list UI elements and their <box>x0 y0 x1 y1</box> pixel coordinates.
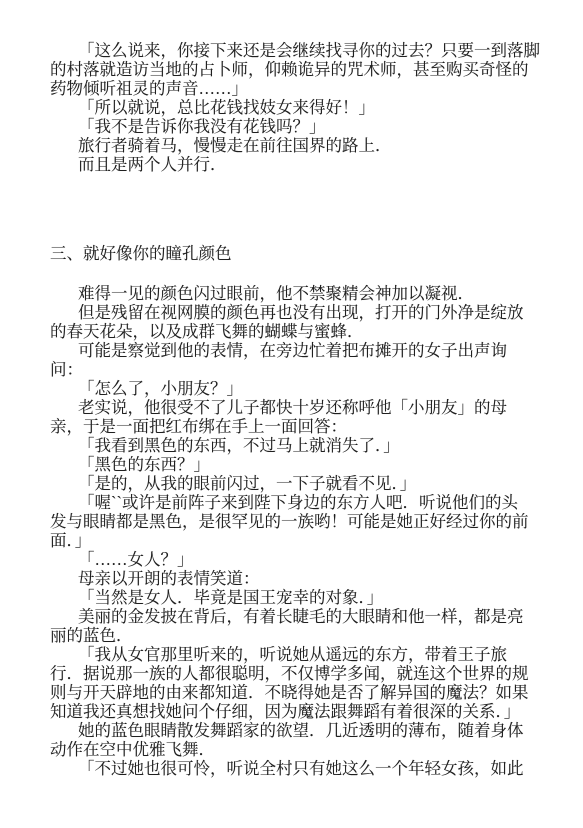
text-line: 但是残留在视网膜的颜色再也没有出现，打开的门外净是绽放 <box>50 303 533 322</box>
text-line: 的春天花朵，以及成群飞舞的蝴蝶与蜜蜂． <box>50 322 533 341</box>
text-line: 「我不是告诉你我没有花钱吗？」 <box>50 117 533 136</box>
text-line: 「我从女官那里听来的，听说她从遥远的东方，带着王子旅 <box>50 645 533 664</box>
text-line: 知道我还真想找她问个仔细，因为魔法跟舞蹈有着很深的关系．」 <box>50 702 533 721</box>
text-line: 「……女人？」 <box>50 550 533 569</box>
text-line: 丽的蓝色． <box>50 626 533 645</box>
text-line: 「黑色的东西？」 <box>50 455 533 474</box>
text-line: 「这么说来，你接下来还是会继续找寻你的过去？只要一到落脚 <box>50 41 533 60</box>
text-line: 面．」 <box>50 531 533 550</box>
text-line: 而且是两个人并行． <box>50 155 533 174</box>
text-line: 动作在空中优雅飞舞． <box>50 740 533 759</box>
text-line: 亲，于是一面把红布绑在手上一面回答： <box>50 417 533 436</box>
text-line: 旅行者骑着马，慢慢走在前往国界的路上． <box>50 136 533 155</box>
text-line: 「怎么了，小朋友？」 <box>50 379 533 398</box>
text-line: 「我看到黑色的东西，不过马上就消失了．」 <box>50 436 533 455</box>
book-page: 「这么说来，你接下来还是会继续找寻你的过去？只要一到落脚 的村落就造访当地的占卜… <box>0 0 583 828</box>
text-line: 「不过她也很可怜，听说全村只有她这么一个年轻女孩，如此 <box>50 759 533 778</box>
text-line: 行．据说那一族的人都很聪明，不仅博学多闻，就连这个世界的规 <box>50 664 533 683</box>
paragraph-block-2: 难得一见的颜色闪过眼前，他不禁聚精会神加以凝视． 但是残留在视网膜的颜色再也没有… <box>50 284 533 778</box>
text-line: 美丽的金发披在背后，有着长睫毛的大眼睛和他一样，都是亮 <box>50 607 533 626</box>
text-line: 「是的，从我的眼前闪过，一下子就看不见．」 <box>50 474 533 493</box>
text-line: 发与眼睛都是黑色，是很罕见的一族哟！可能是她正好经过你的前 <box>50 512 533 531</box>
text-line: 「所以就说，总比花钱找妓女来得好！」 <box>50 98 533 117</box>
paragraph-block-1: 「这么说来，你接下来还是会继续找寻你的过去？只要一到落脚 的村落就造访当地的占卜… <box>50 41 533 174</box>
text-line: 老实说，他很受不了儿子都快十岁还称呼他「小朋友」的母 <box>50 398 533 417</box>
text-line: 可能是察觉到他的表情，在旁边忙着把布摊开的女子出声询 <box>50 341 533 360</box>
text-line: 母亲以开朗的表情笑道： <box>50 569 533 588</box>
section-title: 三、就好像你的瞳孔颜色 <box>50 244 533 263</box>
text-line: 药物倾听祖灵的声音……」 <box>50 79 533 98</box>
text-line: 「喔``或许是前阵子来到陛下身边的东方人吧．听说他们的头 <box>50 493 533 512</box>
text-line: 问： <box>50 360 533 379</box>
text-line: 她的蓝色眼睛散发舞蹈家的欲望．几近透明的薄布，随着身体 <box>50 721 533 740</box>
text-line: 的村落就造访当地的占卜师，仰赖诡异的咒术师，甚至购买奇怪的 <box>50 60 533 79</box>
text-line: 则与开天辟地的由来都知道．不晓得她是否了解异国的魔法？如果 <box>50 683 533 702</box>
text-line: 难得一见的颜色闪过眼前，他不禁聚精会神加以凝视． <box>50 284 533 303</box>
text-line: 「当然是女人．毕竟是国王宠幸的对象．」 <box>50 588 533 607</box>
